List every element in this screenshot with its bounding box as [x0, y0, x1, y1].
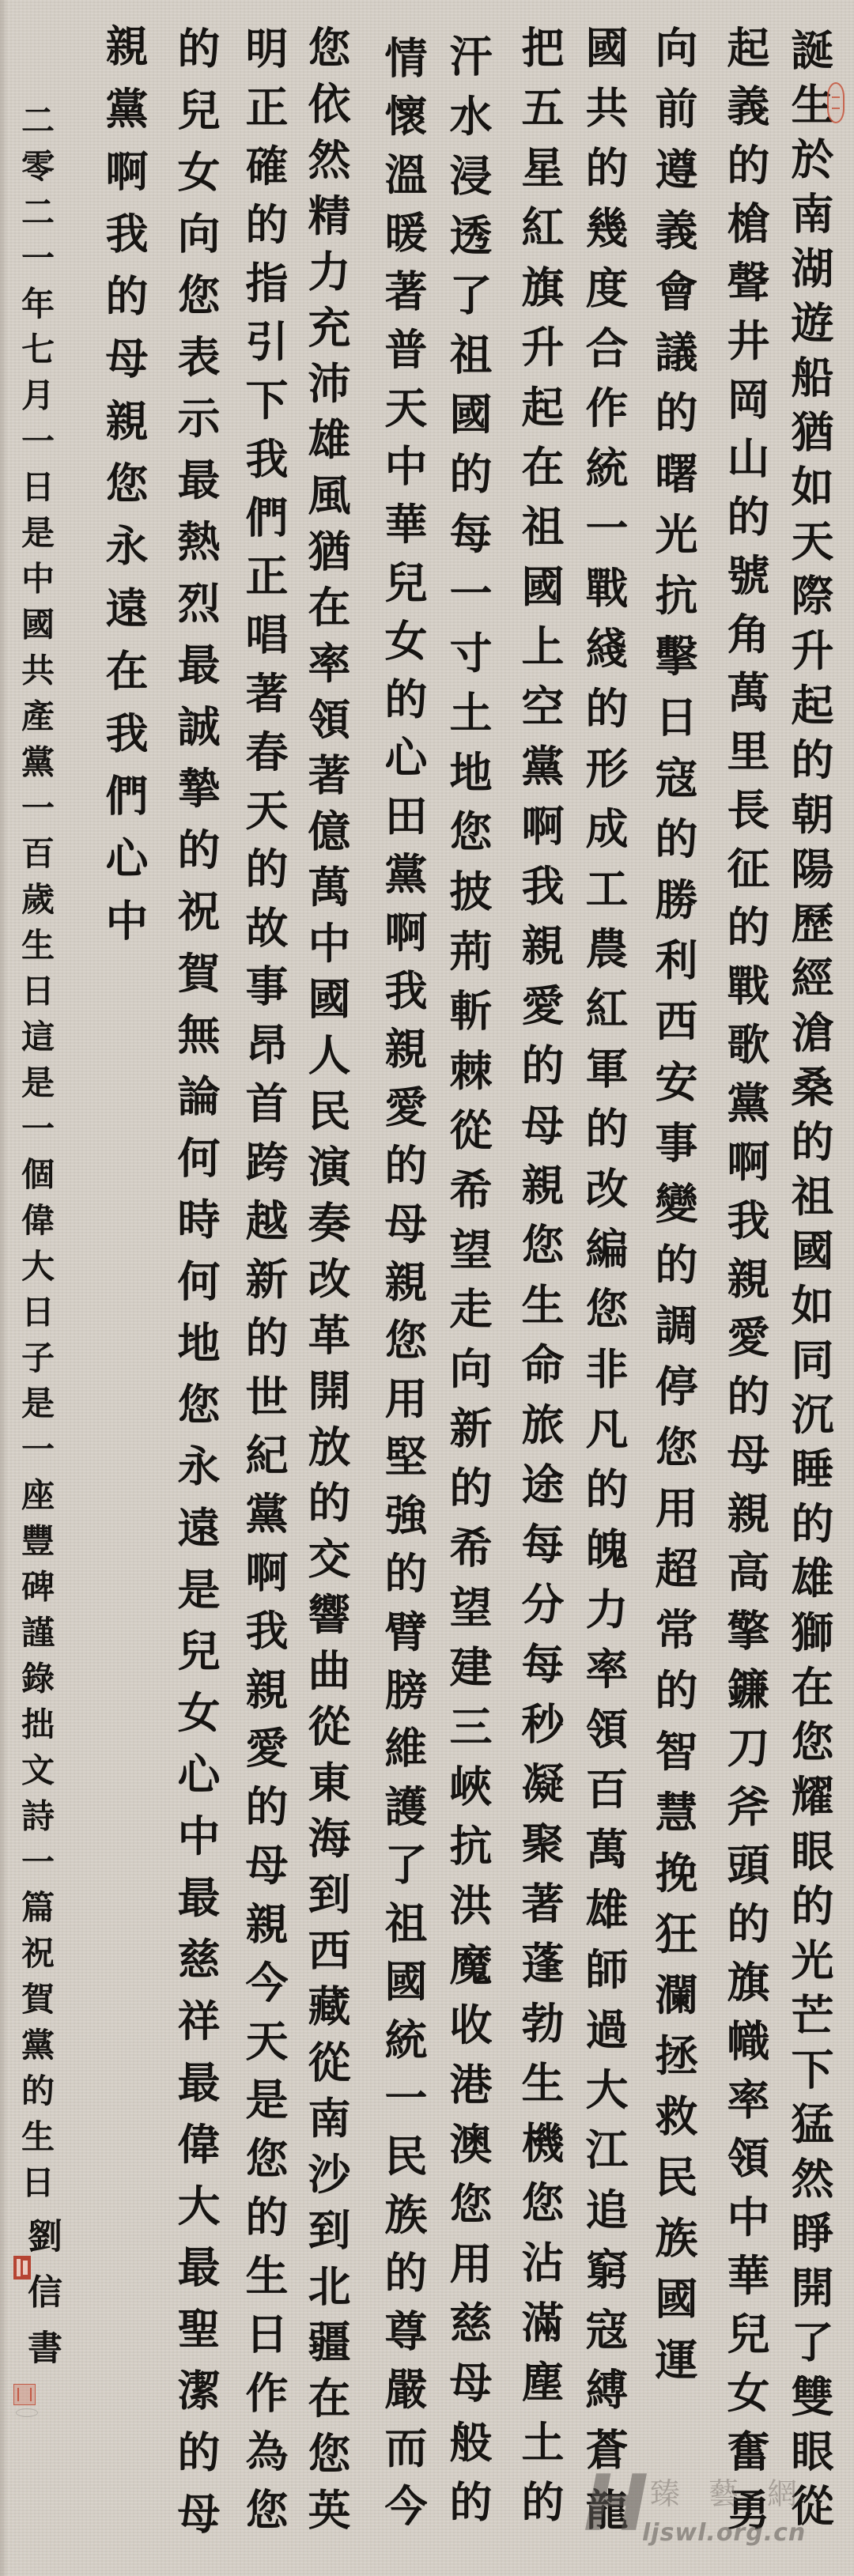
poem-column-2: 起義的槍聲井岡山的號角萬里長征的戰歌黨啊我親愛的母親高擎鐮刀斧頭的旗幟率領中華兒… — [714, 25, 777, 2530]
red-oval-seal-icon — [827, 82, 845, 123]
watermark-site-name: 臻藝網 — [650, 2476, 826, 2513]
calligraphy-scroll: 誕生於南湖遊船猶如天際升起的朝陽歷經滄桑的祖國如同沉睡的雄獅在您耀眼的光芒下猛然… — [0, 0, 854, 2576]
poem-column-8: 您依然精力充沛雄風猶在率領著億萬中國人民演奏改革開放的交響曲從東海到西藏從南沙到… — [295, 25, 358, 2530]
poem-column-11: 親黨啊我的母親您永遠在我們心中 — [93, 24, 156, 941]
poem-column-10: 的兒女向您表示最熱烈最誠摯的祝賀無論何時何地您永遠是兒女心中最慈祥最偉大最聖潔的… — [164, 26, 228, 2534]
poem-column-4: 國共的幾度合作統一戰綫的形成工農紅軍的改編您非凡的魄力率領百萬雄師過大江追窮寇縛… — [572, 25, 636, 2530]
red-square-seal-icon — [13, 2384, 36, 2405]
poem-column-9: 明正確的指引下我們正唱著春天的故事昂首跨越新的世紀黨啊我親愛的母親今天是您的生日… — [232, 26, 296, 2530]
artist-signature: 劉信書 — [17, 2218, 65, 2364]
faint-oval-mark — [16, 2408, 38, 2417]
poem-column-5: 把五星紅旗升起在祖國上空黨啊我親愛的母親您生命旅途每分每秒凝聚著蓬勃生機您沾滿塵… — [508, 25, 572, 2522]
watermark-url: ljswl.org.cn — [642, 2519, 806, 2548]
watermark-logo-icon: H — [584, 2465, 648, 2543]
poem-column-6: 汗水浸透了祖國的每一寸土地您披荊斬棘從希望走向新的希望建三峽抗洪魔收港澳您用慈母… — [436, 34, 500, 2522]
poem-column-1: 誕生於南湖遊船猶如天際升起的朝陽歷經滄桑的祖國如同沉睡的雄獅在您耀眼的光芒下猛然… — [778, 28, 841, 2526]
poem-column-7: 情懷溫暖著普天中華兒女的心田黨啊我親愛的母親您用堅強的臂膀維護了祖國統一民族的尊… — [372, 36, 435, 2526]
inscription-column: 二零二一年七月一日是中國共產黨一百歲生日這是一個偉大日子是一座豐碑謹錄拙文詩一篇… — [12, 103, 59, 2198]
poem-column-3: 向前遵義會議的曙光抗擊日寇的勝利西安事變的調停您用超常的智慧挽狂瀾拯救民族國運 — [642, 25, 705, 2380]
red-square-seal-icon — [13, 2256, 31, 2279]
